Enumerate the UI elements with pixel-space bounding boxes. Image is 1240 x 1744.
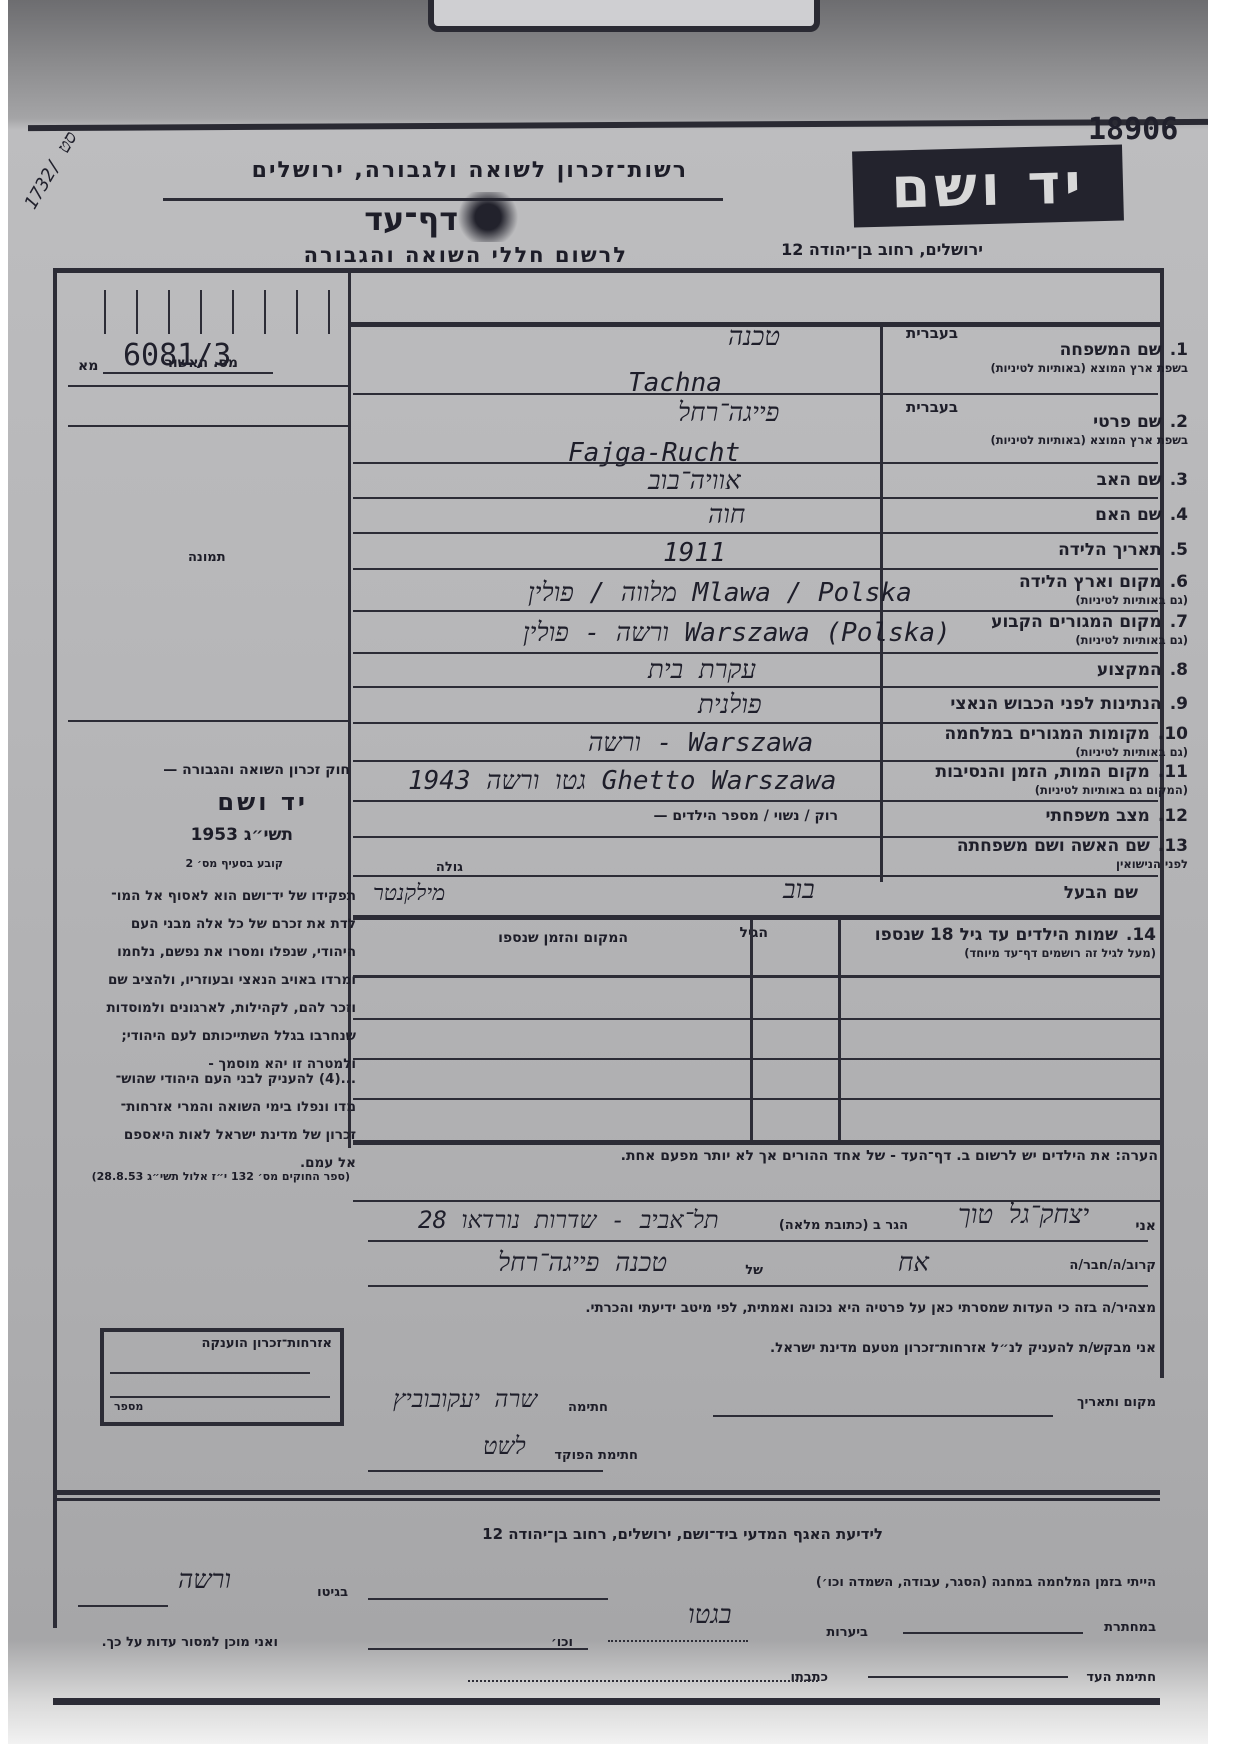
authority-name: רשות־זכרון לשואה ולגבורה, ירושלים bbox=[252, 158, 688, 183]
children-col-age: הגיל bbox=[740, 925, 768, 941]
form-title: דף־עד bbox=[364, 200, 458, 238]
address-label: הגר ב (כתובת מלאה) bbox=[779, 1218, 908, 1233]
rule bbox=[353, 393, 1158, 395]
rule bbox=[110, 1372, 310, 1374]
folder-tab bbox=[428, 0, 820, 32]
ghetto-value: ורשה bbox=[178, 1565, 231, 1595]
father-name-value: אוויה־בוב bbox=[648, 466, 741, 496]
law-citation: (ספר החוקים מס׳ 132 י״ז אלול תשי״ג 28.8.… bbox=[92, 1170, 350, 1183]
husband-name-value: בוב bbox=[783, 875, 815, 905]
note-top-rule bbox=[353, 1140, 1160, 1145]
first-name-hebrew: פייגה־רחל bbox=[678, 398, 779, 428]
rule bbox=[353, 875, 1158, 877]
photo-rule bbox=[68, 425, 348, 427]
rule bbox=[78, 1605, 168, 1607]
of-label: של bbox=[745, 1263, 763, 1278]
rule bbox=[468, 1680, 818, 1684]
page-edge bbox=[28, 119, 1208, 131]
declarant-signature: שרה יעקובוביץ bbox=[393, 1385, 537, 1414]
certificate-rule bbox=[68, 385, 348, 387]
camp-label: הייתי בזמן המלחמה במחנה (הסגר, עבודה, הש… bbox=[816, 1575, 1156, 1590]
children-top-rule bbox=[353, 915, 1160, 920]
relation-value: אח bbox=[898, 1248, 929, 1278]
document-page: 18906 1732/ סט יד ושם ירושלים, רחוב בן־י… bbox=[8, 0, 1208, 1744]
rule bbox=[353, 1098, 1160, 1100]
children-col-divider bbox=[750, 915, 753, 1145]
official-signature-line bbox=[368, 1470, 603, 1472]
frame-left bbox=[53, 268, 57, 1628]
note-text: הערה: את הילדים יש לרשום ב. דף־העד - של … bbox=[621, 1148, 1158, 1164]
husband-name-left-value: מילקנטר bbox=[373, 880, 445, 906]
marital-status-value: רוק / נשוי / מספר הילדים — bbox=[654, 808, 839, 824]
mother-name-value: חוה bbox=[708, 500, 745, 530]
law-name: יד ושם bbox=[217, 788, 308, 816]
law-year: תשי״ג 1953 bbox=[191, 825, 293, 845]
children-col-place: המקום והזמן שנספו bbox=[498, 930, 628, 946]
request-text: אני מבקש/ת להעניק לנ״ל אזרחות־זכרון מטעם… bbox=[770, 1340, 1156, 1356]
children-col-divider bbox=[838, 915, 841, 1145]
rule bbox=[353, 1018, 1160, 1020]
signature-label: חתימה bbox=[568, 1400, 608, 1415]
rule bbox=[353, 1058, 1160, 1060]
law-box-rule bbox=[68, 720, 348, 722]
declarant-name: יצחק־גל טוך bbox=[958, 1200, 1089, 1230]
birth-date-value: 1911 bbox=[663, 538, 726, 568]
law-paragraph-1: תפקידו של יד־ושם הוא לאסוף אל המו־לדת את… bbox=[68, 882, 356, 1078]
law-clause: קובע בסעיף מס׳ 2 bbox=[185, 857, 283, 870]
declaration-text: מצהיר/ה בזה כי העדות שמסרתי כאן על פרטיה… bbox=[585, 1300, 1156, 1316]
footer-top-rule bbox=[53, 1490, 1160, 1495]
ghetto-label: בגיטו bbox=[317, 1585, 348, 1600]
rule bbox=[353, 462, 1158, 464]
photo-label: תמונה bbox=[188, 550, 226, 565]
footer-top-rule-2 bbox=[53, 1498, 1160, 1501]
family-name-hebrew: טכנה bbox=[728, 322, 780, 352]
place-date-label: מקום ותאריך bbox=[1077, 1395, 1156, 1410]
citizenship-title: אזרחות־זכרון הוענקה bbox=[202, 1336, 332, 1351]
rule bbox=[110, 1396, 330, 1398]
rule bbox=[368, 1240, 1148, 1242]
willing-testify-text: ואני מוכן למסור עדות על כך. bbox=[102, 1635, 278, 1650]
witness-signature-label: חתימת העד bbox=[1086, 1670, 1156, 1685]
certificate-number: 6081/3 bbox=[123, 338, 231, 373]
official-signature: לשט bbox=[483, 1432, 526, 1461]
forests-value: בגטו bbox=[688, 1600, 731, 1630]
declarant-prefix: אני bbox=[1135, 1218, 1156, 1234]
law-paragraph-2: ...(4) להעניק לבני העם היהודי שהוש־מדו ו… bbox=[68, 1065, 356, 1177]
law-heading: חוק זכרון השואה והגבורה — bbox=[163, 762, 350, 778]
rule bbox=[353, 686, 1158, 688]
margin-note: 1732/ סט bbox=[20, 128, 81, 213]
birth-place-value: מלווה / פולין Mlawa / Polska bbox=[528, 578, 912, 608]
rule bbox=[368, 1285, 1148, 1287]
rule bbox=[368, 1598, 608, 1600]
frame-top bbox=[53, 268, 1163, 273]
certificate-underline bbox=[103, 372, 273, 374]
underground-label: במחתרת bbox=[1104, 1620, 1156, 1635]
place-date-line bbox=[713, 1415, 1053, 1417]
occupation-value: עקרת בית bbox=[648, 655, 756, 685]
citizenship-number-label: מספר bbox=[114, 1400, 143, 1413]
frame-bottom bbox=[53, 1698, 1160, 1705]
certificate-suffix: מא bbox=[78, 358, 98, 374]
rule bbox=[353, 975, 1160, 978]
rule bbox=[353, 800, 1158, 802]
rule bbox=[608, 1640, 748, 1644]
ink-blot bbox=[453, 192, 523, 242]
relation-label: קרוב/ה/חבר/ה bbox=[1069, 1258, 1156, 1273]
death-place-value: גטו ורשה 1943 Ghetto Warszawa bbox=[408, 766, 836, 796]
rule bbox=[903, 1632, 1083, 1634]
code-grid bbox=[58, 290, 350, 336]
citizenship-box: אזרחות־זכרון הוענקה מספר bbox=[100, 1328, 344, 1426]
yad-vashem-logo: יד ושם bbox=[852, 144, 1124, 227]
archive-number: 18906 bbox=[1088, 112, 1178, 147]
rule bbox=[353, 568, 1158, 570]
rule bbox=[368, 1648, 588, 1650]
nationality-value: פולנית bbox=[698, 690, 762, 720]
footer-notice: לידיעת האגף המדעי ביד־ושם, ירושלים, רחוב… bbox=[482, 1525, 883, 1543]
residence-value: ורשה - פולין Warszawa (Polska) bbox=[523, 618, 951, 648]
rule bbox=[353, 532, 1158, 534]
official-signature-label: חתימת הפוקד bbox=[554, 1448, 638, 1463]
rule bbox=[353, 652, 1158, 654]
form-subtitle: לרשום חללי השואה והגבורה bbox=[304, 243, 628, 267]
wife-name-left-label: גולה bbox=[436, 860, 463, 875]
forests-label: ביערות bbox=[826, 1625, 868, 1640]
of-name-value: טכנה פייגה־רחל bbox=[498, 1248, 667, 1278]
wartime-residence-value: ורשה - Warszawa bbox=[588, 728, 813, 758]
declarant-address: תל־אביב - שדרות נורדאו 28 bbox=[418, 1206, 719, 1235]
logo-address: ירושלים, רחוב בן־יהודה 12 bbox=[781, 240, 983, 259]
rule bbox=[868, 1676, 1068, 1678]
rule bbox=[353, 497, 1158, 499]
